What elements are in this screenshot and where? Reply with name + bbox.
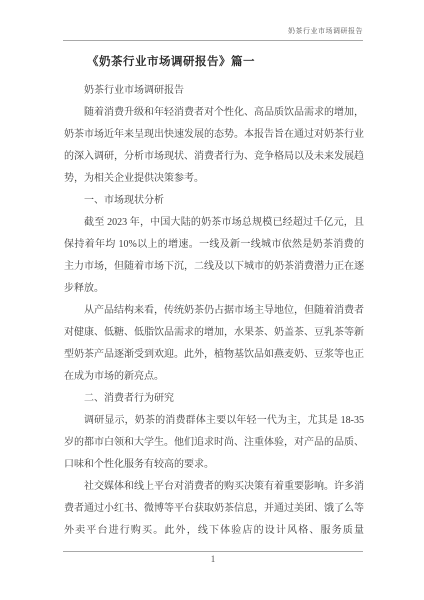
paragraph-market-size: 截至 2023 年，中国大陆的奶茶市场总规模已经超过千亿元，且保持着年均 10%… xyxy=(64,212,364,300)
page-number: 1 xyxy=(63,552,363,565)
page-header: 奶茶行业市场调研报告 xyxy=(63,0,363,41)
document-body: 《奶茶行业市场调研报告》篇一 奶茶行业市场调研报告 随着消费升级和年轻消费者对个… xyxy=(64,41,364,542)
page-footer: 1 xyxy=(63,551,363,565)
document-page: 奶茶行业市场调研报告 《奶茶行业市场调研报告》篇一 奶茶行业市场调研报告 随着消… xyxy=(0,0,424,600)
section-heading-consumer-behavior: 二、消费者行为研究 xyxy=(64,388,364,410)
paragraph-consumer-group: 调研显示，奶茶的消费群体主要以年轻一代为主，尤其是 18-35 岁的都市白领和大… xyxy=(64,410,364,476)
document-title: 《奶茶行业市场调研报告》篇一 xyxy=(64,51,364,74)
paragraph-social-media: 社交媒体和线上平台对消费者的购买决策有着重要影响。许多消费者通过小红书、微博等平… xyxy=(64,476,364,542)
section-heading-market-analysis: 一、市场现状分析 xyxy=(64,190,364,212)
paragraph-product-structure: 从产品结构来看，传统奶茶仍占据市场主导地位，但随着消费者对健康、低糖、低脂饮品需… xyxy=(64,300,364,388)
paragraph-introduction: 随着消费升级和年轻消费者对个性化、高品质饮品需求的增加，奶茶市场近年来呈现出快速… xyxy=(64,102,364,190)
running-header-title: 奶茶行业市场调研报告 xyxy=(63,0,363,41)
document-subtitle: 奶茶行业市场调研报告 xyxy=(64,80,364,102)
